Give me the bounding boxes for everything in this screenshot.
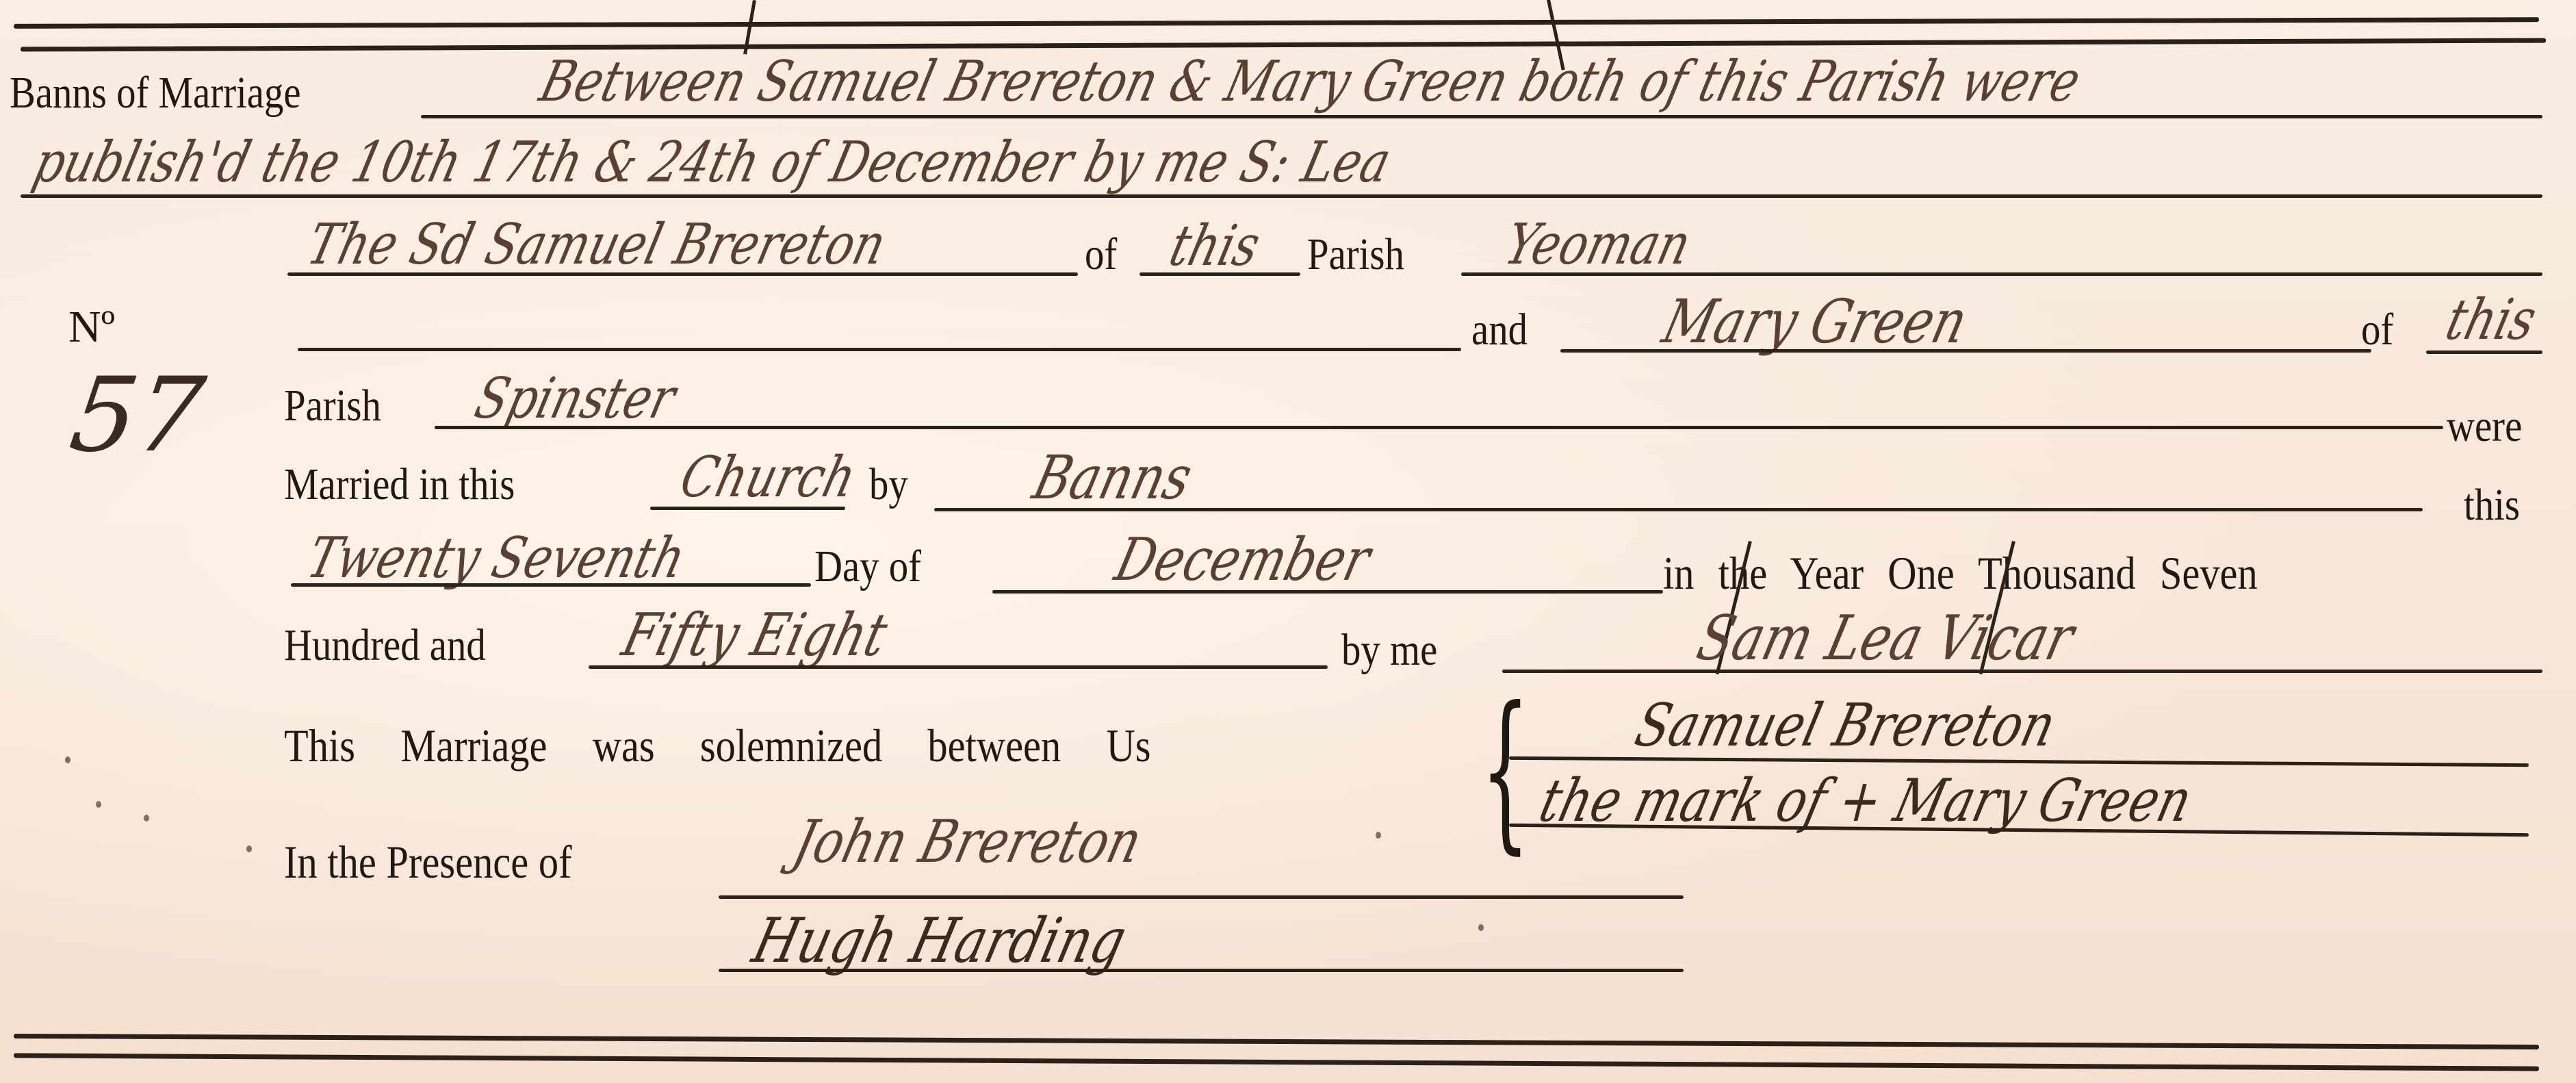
ink-speck xyxy=(1376,832,1381,839)
by-label: by xyxy=(869,459,908,511)
of-label-2: of xyxy=(2361,304,2393,356)
month-value: December xyxy=(1109,526,1377,594)
register-page: Banns of Marriage Between Samuel Brereto… xyxy=(0,0,2576,1083)
entry-number: 57 xyxy=(64,356,211,475)
were-label: were xyxy=(2447,400,2522,453)
bottom-rule-2 xyxy=(14,1053,2539,1071)
bride-parish: this xyxy=(2440,288,2542,353)
ink-speck xyxy=(65,756,70,763)
of-label-1: of xyxy=(1085,229,1117,281)
bottom-rule-1 xyxy=(14,1034,2539,1049)
year-prefix-label: in the Year One Thousand Seven xyxy=(1663,546,2258,600)
witness-2-underline xyxy=(719,969,1684,972)
brace: { xyxy=(1481,685,1530,856)
parish-label-2: Parish xyxy=(284,380,381,432)
presence-label: In the Presence of xyxy=(284,835,572,889)
ink-speck xyxy=(246,845,252,852)
banns-underline xyxy=(421,115,2542,118)
row4-left-underline xyxy=(298,348,1461,351)
groom-name-underline xyxy=(287,272,1078,276)
ink-speck xyxy=(96,801,101,808)
groom-occupation: Yeoman xyxy=(1499,212,1697,277)
bride-name-underline xyxy=(1560,349,2371,353)
day-value: Twenty Seventh xyxy=(301,526,691,591)
officiant-name: Sam Lea Vicar xyxy=(1690,602,2081,674)
year-value: Fifty Eight xyxy=(616,601,894,670)
banns-handwriting-2: publish'd the 10th 17th & 24th of Decemb… xyxy=(27,130,1397,195)
top-rule-1 xyxy=(14,17,2539,29)
bride-status: Spinster xyxy=(469,366,682,431)
entry-number-label: Nº xyxy=(68,301,115,353)
marriage-place: Church xyxy=(674,445,862,510)
day-of-label: Day of xyxy=(814,541,921,593)
ink-speck xyxy=(144,815,149,821)
hundred-and-label: Hundred and xyxy=(284,620,486,672)
married-in-this-label: Married in this xyxy=(284,459,515,511)
row5-underline xyxy=(435,426,2443,429)
day-underline xyxy=(291,583,811,587)
ink-speck xyxy=(1478,924,1484,931)
by-me-label: by me xyxy=(1341,624,1437,676)
method-underline xyxy=(934,508,2423,511)
and-label: and xyxy=(1471,304,1528,356)
witness-1-underline xyxy=(719,895,1684,899)
bride-parish-underline xyxy=(2426,351,2542,354)
month-underline xyxy=(992,590,1663,594)
parish-label-1: Parish xyxy=(1307,229,1404,281)
bride-name: Mary Green xyxy=(1656,286,1974,357)
year-underline xyxy=(589,665,1328,669)
row2-underline xyxy=(21,194,2542,198)
place-underline xyxy=(650,507,845,510)
this-label: this xyxy=(2464,479,2520,531)
marriage-method: Banns xyxy=(1027,442,1199,513)
groom-occupation-underline xyxy=(1461,272,2542,276)
banns-label: Banns of Marriage xyxy=(10,67,301,119)
groom-name: The Sd Samuel Brereton xyxy=(301,212,892,277)
signature-groom: Samuel Brereton xyxy=(1629,691,2062,760)
witness-2: Hugh Harding xyxy=(746,905,1133,977)
officiant-underline xyxy=(1502,670,2542,673)
solemnized-label: This Marriage was solemnized between Us xyxy=(284,719,1150,773)
groom-parish: this xyxy=(1163,214,1266,279)
groom-parish-underline xyxy=(1139,272,1300,276)
witness-1: John Brereton xyxy=(787,808,1148,876)
banns-handwriting-1: Between Samuel Brereton & Mary Green bot… xyxy=(534,49,2087,114)
